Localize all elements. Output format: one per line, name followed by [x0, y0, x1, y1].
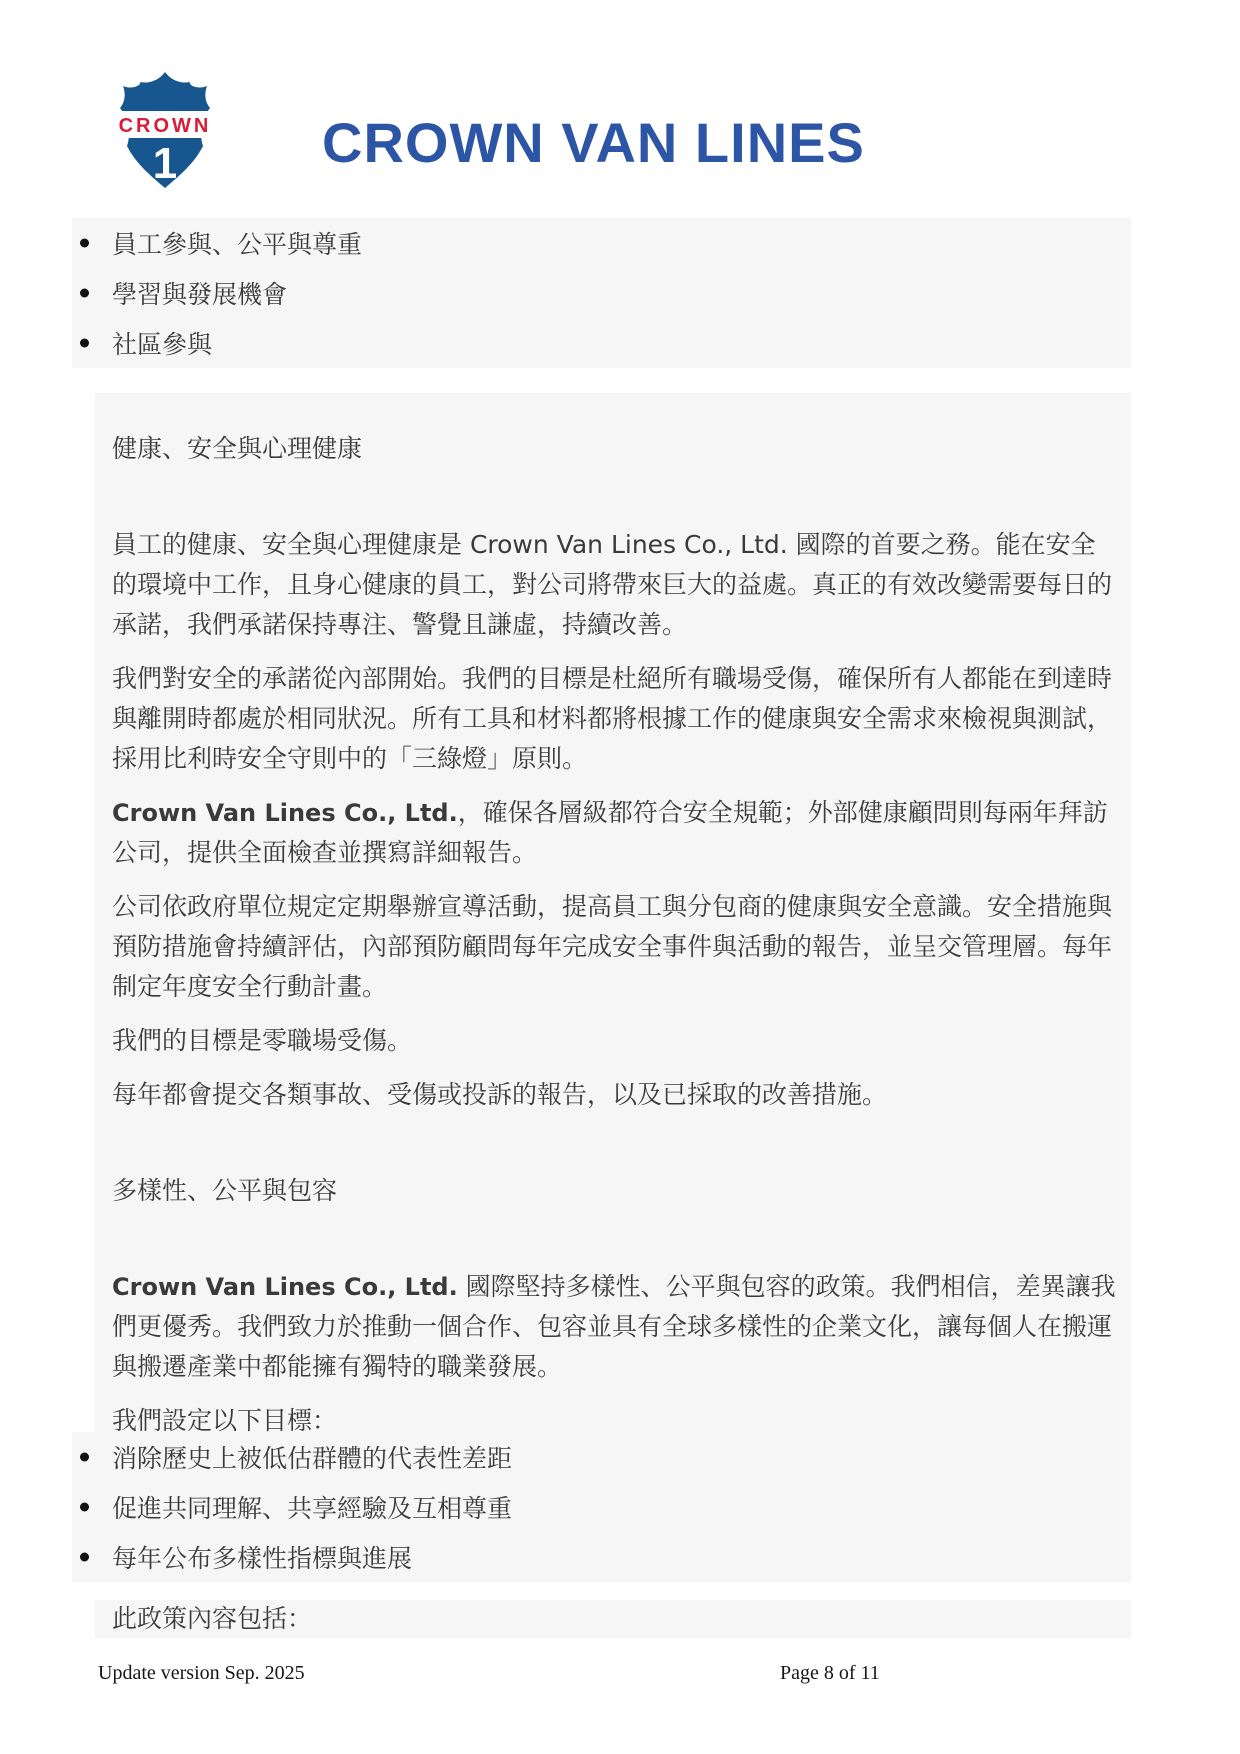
section-heading-diversity: 多樣性、公平與包容 — [112, 1171, 1117, 1211]
diversity-goals-list: 消除歷史上被低估群體的代表性差距 促進共同理解、共享經驗及互相尊重 每年公布多樣… — [72, 1432, 1131, 1582]
policy-body: 健康、安全與心理健康 員工的健康、安全與心理健康是 Crown Van Line… — [95, 393, 1131, 1455]
paragraph: 我們對安全的承諾從內部開始。我們的目標是杜絕所有職場受傷，確保所有人都能在到達時… — [112, 659, 1117, 779]
shield-band-text: CROWN — [119, 115, 212, 137]
bullet-icon — [80, 339, 89, 348]
company-name-lead: Crown Van Lines Co., Ltd. — [112, 799, 458, 827]
page-title: CROWN VAN LINES — [322, 110, 865, 175]
employee-topics-list: 員工參與、公平與尊重 學習與發展機會 社區參與 — [72, 218, 1131, 368]
crown-shield-logo: CROWN 1 — [104, 66, 226, 194]
list-item: 員工參與、公平與尊重 — [72, 218, 1131, 268]
shield-number: 1 — [153, 139, 177, 188]
list-item: 社區參與 — [72, 318, 1131, 368]
list-item-label: 促進共同理解、共享經驗及互相尊重 — [112, 1489, 512, 1525]
bullet-icon — [80, 1453, 89, 1462]
paragraph: 員工的健康、安全與心理健康是 Crown Van Lines Co., Ltd.… — [112, 525, 1117, 645]
bullet-icon — [80, 289, 89, 298]
list-item: 每年公布多樣性指標與進展 — [72, 1532, 1131, 1582]
document-page: CROWN 1 CROWN VAN LINES 員工參與、公平與尊重 學習與發展… — [0, 0, 1240, 1754]
policy-closing-line: 此政策內容包括： — [95, 1600, 1131, 1638]
list-item-label: 社區參與 — [112, 325, 212, 361]
crown-shield-icon: CROWN 1 — [104, 66, 226, 194]
bullet-icon — [80, 1503, 89, 1512]
list-item-label: 消除歷史上被低估群體的代表性差距 — [112, 1439, 512, 1475]
company-name-lead: Crown Van Lines Co., Ltd. — [112, 1273, 458, 1301]
paragraph: 每年都會提交各類事故、受傷或投訴的報告，以及已採取的改善措施。 — [112, 1075, 1117, 1115]
list-item: 消除歷史上被低估群體的代表性差距 — [72, 1432, 1131, 1482]
footer-page-number: Page 8 of 11 — [780, 1662, 880, 1685]
paragraph: 我們的目標是零職場受傷。 — [112, 1021, 1117, 1061]
paragraph: Crown Van Lines Co., Ltd. 國際堅持多樣性、公平與包容的… — [112, 1267, 1117, 1387]
paragraph: Crown Van Lines Co., Ltd.，確保各層級都符合安全規範；外… — [112, 793, 1117, 873]
list-item-label: 每年公布多樣性指標與進展 — [112, 1539, 412, 1575]
section-heading-health: 健康、安全與心理健康 — [112, 429, 1117, 469]
list-item-label: 學習與發展機會 — [112, 275, 287, 311]
paragraph: 公司依政府單位規定定期舉辦宣導活動，提高員工與分包商的健康與安全意識。安全措施與… — [112, 887, 1117, 1007]
list-item: 促進共同理解、共享經驗及互相尊重 — [72, 1482, 1131, 1532]
list-item: 學習與發展機會 — [72, 268, 1131, 318]
bullet-icon — [80, 239, 89, 248]
list-item-label: 員工參與、公平與尊重 — [112, 225, 362, 261]
bullet-icon — [80, 1553, 89, 1562]
footer-version: Update version Sep. 2025 — [98, 1662, 305, 1685]
